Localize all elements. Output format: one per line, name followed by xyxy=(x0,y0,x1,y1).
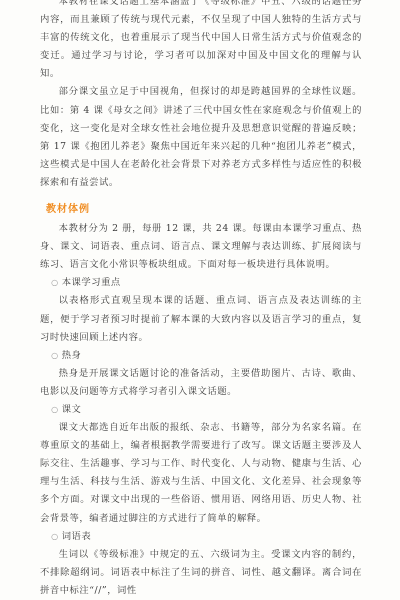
subsection-title-focus: ○本课学习重点 xyxy=(40,274,362,292)
subsection-body-focus: 以表格形式直观呈现本课的话题、重点词、语言点及表达训练的主题，便于学习者预习时提… xyxy=(40,292,362,346)
circle-bullet-icon: ○ xyxy=(51,278,59,287)
paragraph-topics: 本教材在课文话题上基本涵盖了《等级标准》中五、六级的话题任务内容，而且兼顾了传统… xyxy=(40,0,362,83)
section-heading: 教材体例 xyxy=(40,200,362,220)
circle-bullet-icon: ○ xyxy=(51,351,59,360)
subsection-body-warmup: 热身是开展课文话题讨论的准备活动，主要借助图片、古诗、歌曲、电影以及问题等方式将… xyxy=(40,365,362,400)
section-intro: 本教材分为 2 册，每册 12 课，共 24 课。每课由本课学习重点、热身、课文… xyxy=(40,220,362,274)
paragraph-global-issues: 部分课文虽立足于中国视角，但探讨的却是跨越国界的全球性议题。比如：第 4 课《母… xyxy=(40,83,362,192)
document-page: 本教材在课文话题上基本涵盖了《等级标准》中五、六级的话题任务内容，而且兼顾了传统… xyxy=(40,0,362,400)
subsection-title-warmup: ○热身 xyxy=(40,347,362,365)
